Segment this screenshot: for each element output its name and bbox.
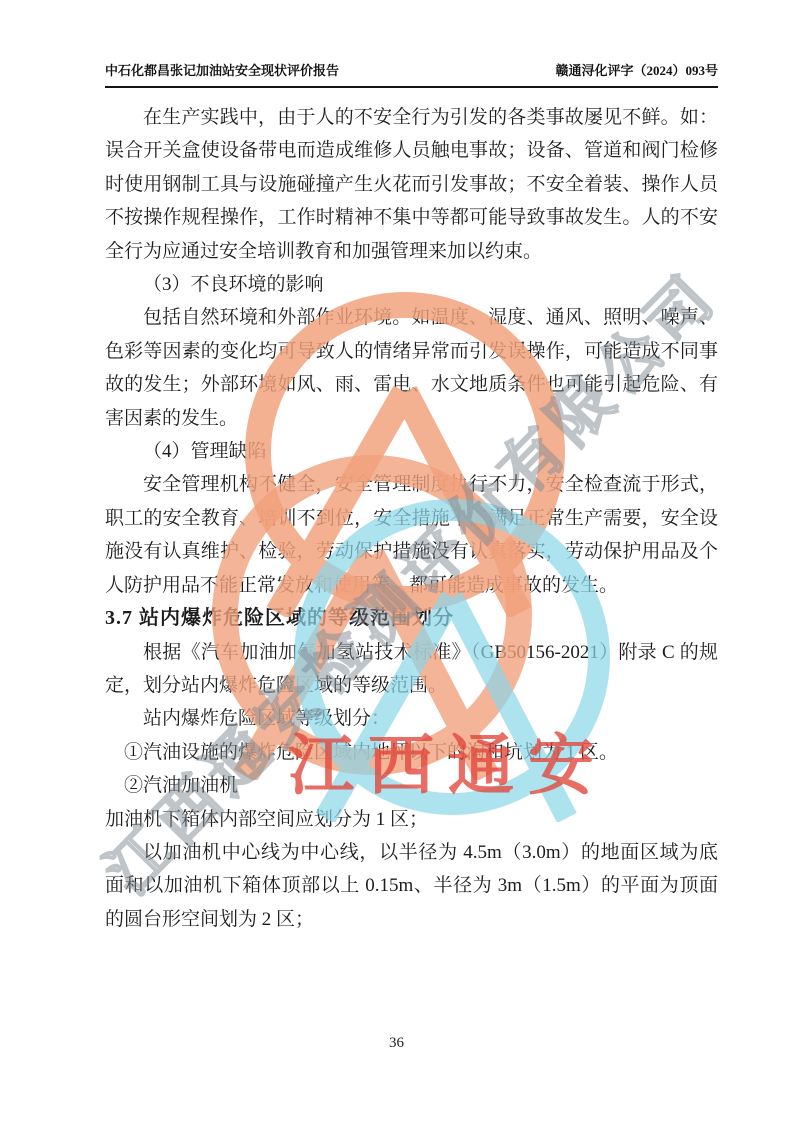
page-header: 中石化都昌张记加油站安全现状评价报告 赣通浔化评字（2024）093号 bbox=[105, 60, 718, 88]
paragraph-standard-reference: 根据《汽车加油加气加氢站技术标准》（GB50156-2021）附录 C 的规定，… bbox=[105, 636, 718, 703]
page-number: 36 bbox=[0, 1035, 793, 1052]
header-doc-number: 赣通浔化评字（2024）093号 bbox=[555, 60, 718, 79]
header-report-title: 中石化都昌张记加油站安全现状评价报告 bbox=[105, 60, 339, 79]
subheading-bad-environment: （3）不良环境的影响 bbox=[105, 268, 718, 301]
paragraph-dispenser-zone2: 以加油机中心线为中心线，以半径为 4.5m（3.0m）的地面区域为底面和以加油机… bbox=[105, 836, 718, 936]
paragraph-management: 安全管理机构不健全，安全管理制度执行不力，安全检查流于形式，职工的安全教育、培训… bbox=[105, 468, 718, 602]
paragraph-dispenser-zone1: 加油机下箱体内部空间应划分为 1 区； bbox=[105, 803, 718, 836]
list-item-gasoline-dispenser: ②汽油加油机 bbox=[105, 769, 718, 802]
list-item-gasoline-facility: ①汽油设施的爆炸危险区域内地坪以下的沟和坑划为 1 区。 bbox=[105, 736, 718, 769]
section-heading-3-7: 3.7 站内爆炸危险区域的等级范围划分 bbox=[105, 602, 718, 635]
paragraph-environment: 包括自然环境和外部作业环境。如温度、湿度、通风、照明、噪声、色彩等因素的变化均可… bbox=[105, 301, 718, 435]
document-page: 中石化都昌张记加油站安全现状评价报告 赣通浔化评字（2024）093号 在生产实… bbox=[0, 0, 793, 1122]
body-text: 在生产实践中，由于人的不安全行为引发的各类事故屡见不鲜。如：误合开关盒使设备带电… bbox=[105, 88, 718, 936]
paragraph-unsafe-behavior: 在生产实践中，由于人的不安全行为引发的各类事故屡见不鲜。如：误合开关盒使设备带电… bbox=[105, 101, 718, 268]
paragraph-zone-classification-intro: 站内爆炸危险区域等级划分： bbox=[105, 702, 718, 735]
subheading-management-defect: （4）管理缺陷 bbox=[105, 435, 718, 468]
page-content: 中石化都昌张记加油站安全现状评价报告 赣通浔化评字（2024）093号 在生产实… bbox=[105, 60, 718, 936]
